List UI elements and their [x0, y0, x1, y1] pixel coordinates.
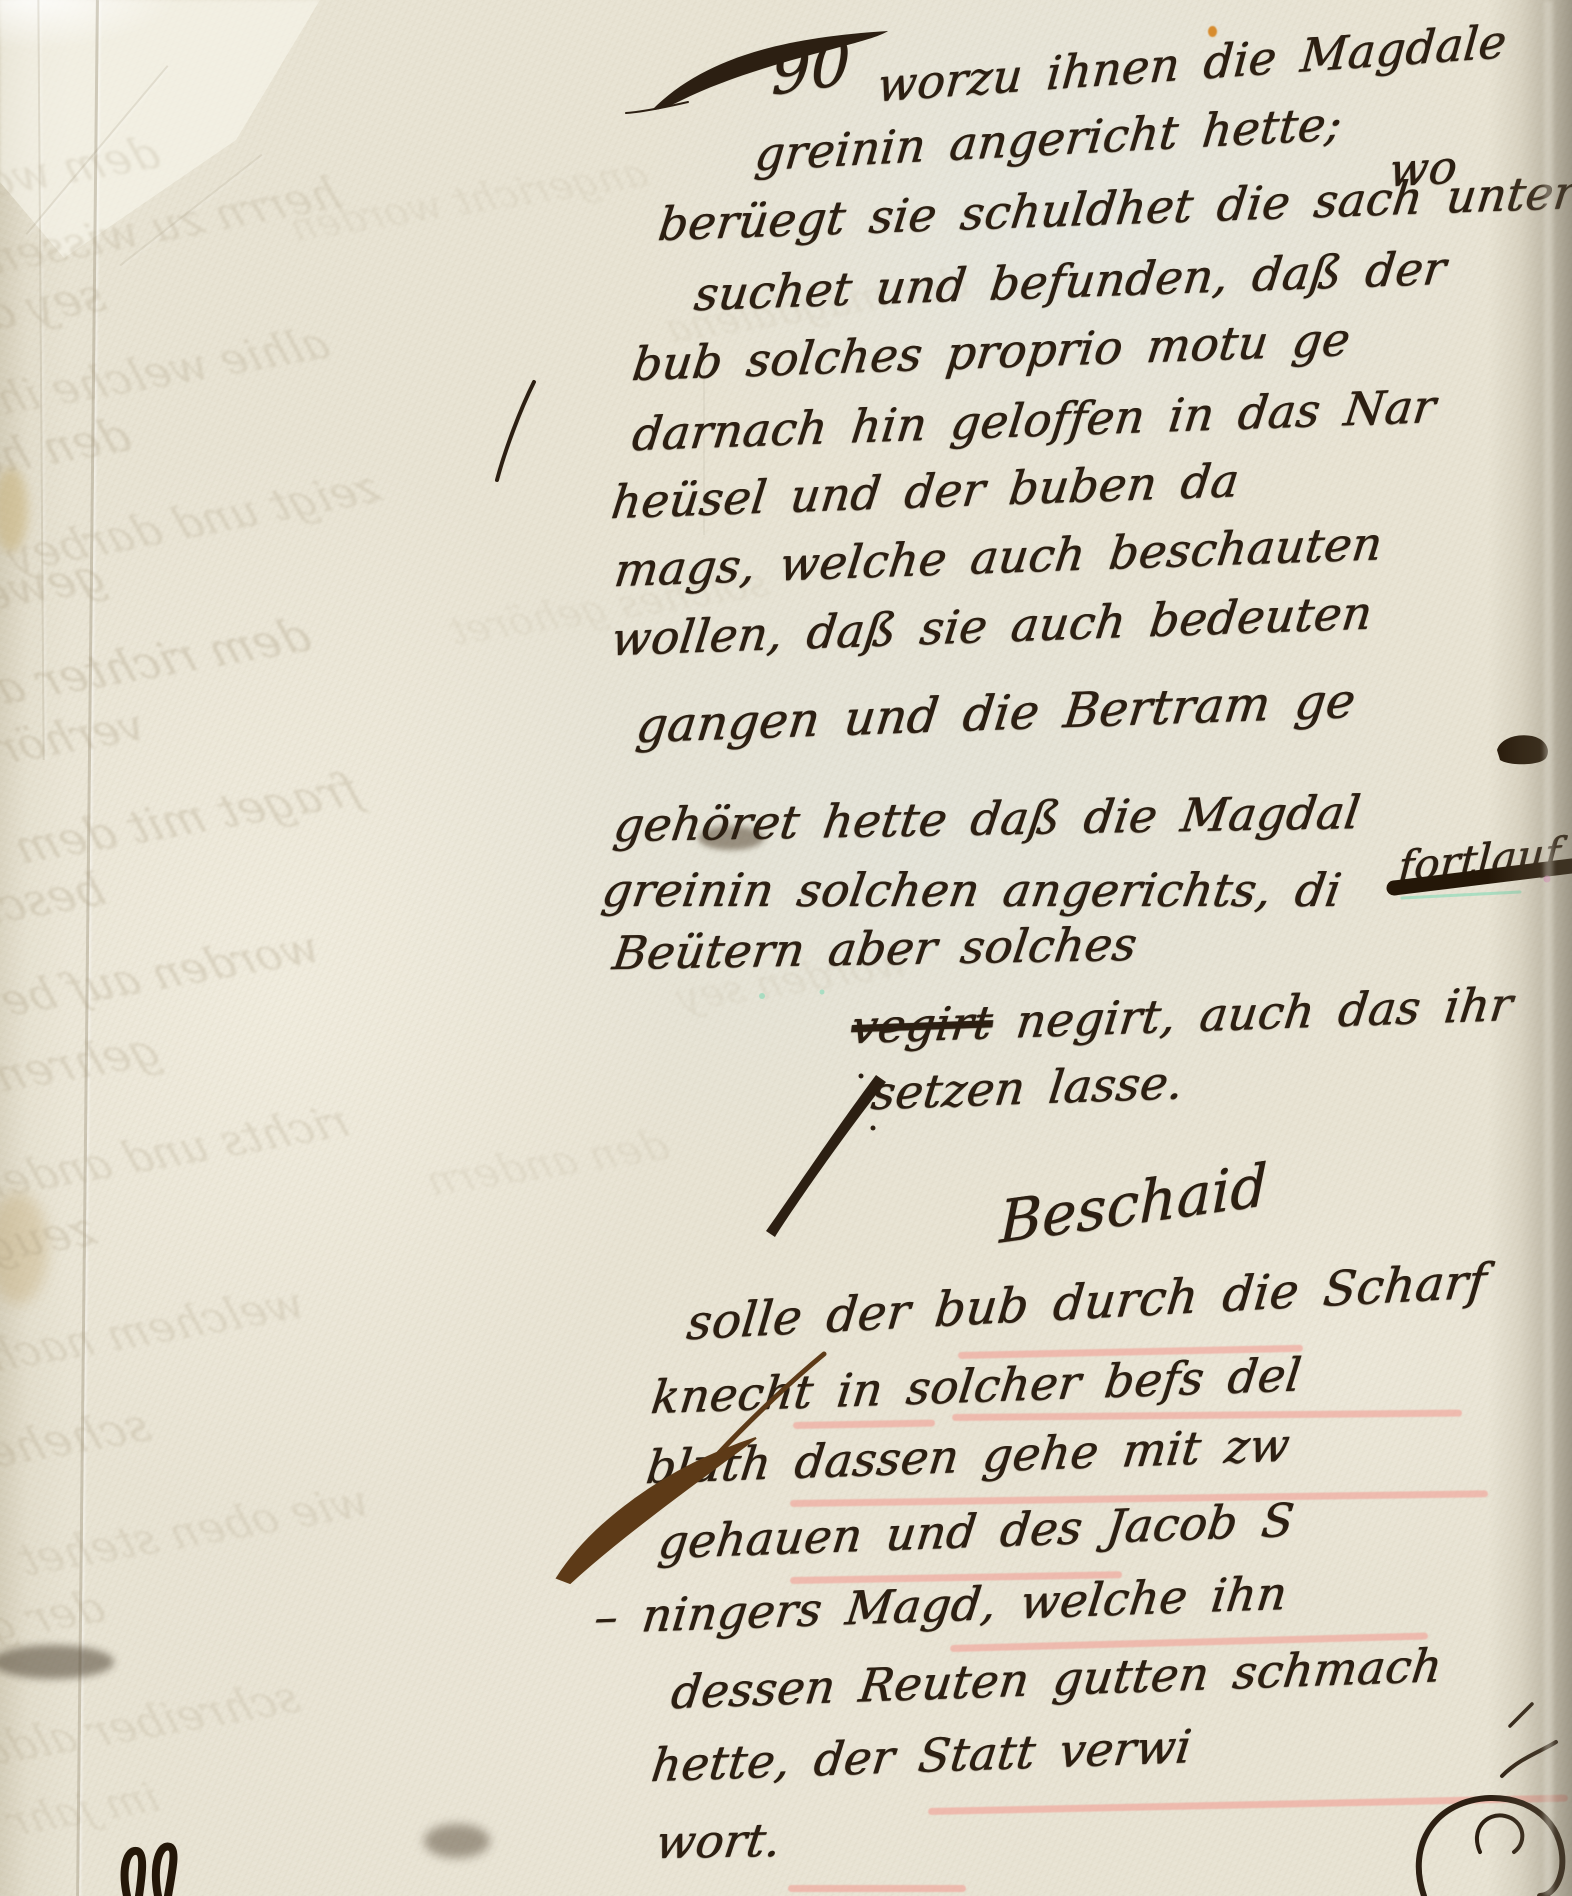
manuscript-line: bluth dassen gehe mit zw — [643, 1418, 1293, 1495]
word-run: gehöret hette daß die Magdal — [610, 785, 1363, 852]
right-gutter-shadow — [1488, 0, 1572, 1896]
manuscript-line: heüsel und der buben da — [608, 453, 1242, 529]
manuscript-line: setzen lasse. — [868, 1055, 1186, 1120]
manuscript-line: dessen Reuten gutten schmach — [668, 1638, 1445, 1719]
gutter-edge-highlight — [1544, 0, 1553, 1896]
word-run: wollen, daß sie auch bedeuten — [608, 585, 1375, 666]
manuscript-line: greinin solchen angerichts, di — [598, 863, 1345, 917]
word-run: Beütern aber solches — [609, 917, 1140, 980]
manuscript-line: worzu ihnen die Magdale — [875, 14, 1508, 112]
manuscript-line: – ningers Magd, welche ihn — [591, 1566, 1290, 1644]
manuscript-line: bub solches proprio motu ge — [629, 312, 1353, 391]
word-run: hette, der Statt verwi — [648, 1719, 1194, 1792]
manuscript-line: vegirt negirt, auch das ihr — [848, 977, 1515, 1054]
word-run: gehauen und des Jacob S — [655, 1493, 1297, 1569]
manuscript-line: gehauen und des Jacob S — [655, 1493, 1297, 1569]
section-heading: Beschaid — [999, 1150, 1268, 1257]
word-run: suchet und befunden, daß der — [691, 241, 1449, 321]
word-run: worzu ihnen die Magdale — [875, 14, 1508, 112]
manuscript-line: wort. — [652, 1813, 784, 1869]
struck-word: vegirt — [848, 995, 995, 1054]
manuscript-page: dem wolgebornenherrn zu wissensey der na… — [0, 0, 1572, 1896]
word-run: mags, welche auch beschauten — [611, 516, 1385, 597]
word-run: bluth dassen gehe mit zw — [643, 1418, 1293, 1495]
word-run: greinin angericht hette; — [752, 96, 1344, 181]
word-run: knecht in solcher befs del — [648, 1347, 1304, 1424]
manuscript-line: hette, der Statt verwi — [648, 1719, 1194, 1792]
word-run: heüsel und der buben da — [608, 453, 1242, 529]
manuscript-line: greinin angericht hette; — [752, 96, 1344, 181]
manuscript-line: suchet und befunden, daß der — [691, 241, 1449, 321]
manuscript-line: Beütern aber solches — [609, 917, 1140, 980]
ink-text-layer: 90worzu ihnen die Magdalegreinin angeric… — [0, 0, 1572, 1896]
manuscript-line: darnach hin geloffen in das Nar — [629, 379, 1439, 461]
word-run: – ningers Magd, welche ihn — [591, 1566, 1290, 1644]
manuscript-line: gangen und die Bertram ge — [633, 673, 1358, 754]
folio-number: 90 — [771, 25, 851, 110]
manuscript-line: knecht in solcher befs del — [648, 1347, 1304, 1424]
manuscript-line: gehöret hette daß die Magdal — [610, 785, 1363, 852]
word-run: Beschaid — [999, 1150, 1268, 1257]
word-run: bub solches proprio motu ge — [629, 312, 1353, 391]
manuscript-line: solle der bub durch die Scharf — [684, 1253, 1489, 1351]
word-run: gangen und die Bertram ge — [633, 673, 1358, 754]
word-run: greinin solchen angerichts, di — [598, 863, 1345, 917]
manuscript-line: mags, welche auch beschauten — [611, 516, 1385, 597]
word-run: setzen lasse. — [868, 1055, 1186, 1120]
word-run: solle der bub durch die Scharf — [684, 1253, 1489, 1351]
manuscript-line: wollen, daß sie auch bedeuten — [608, 585, 1375, 666]
word-run: dessen Reuten gutten schmach — [668, 1638, 1445, 1719]
word-run: negirt, auch das ihr — [989, 977, 1516, 1049]
word-run: darnach hin geloffen in das Nar — [629, 379, 1439, 461]
word-run: wort. — [652, 1813, 784, 1869]
word-run: 90 — [771, 25, 851, 110]
